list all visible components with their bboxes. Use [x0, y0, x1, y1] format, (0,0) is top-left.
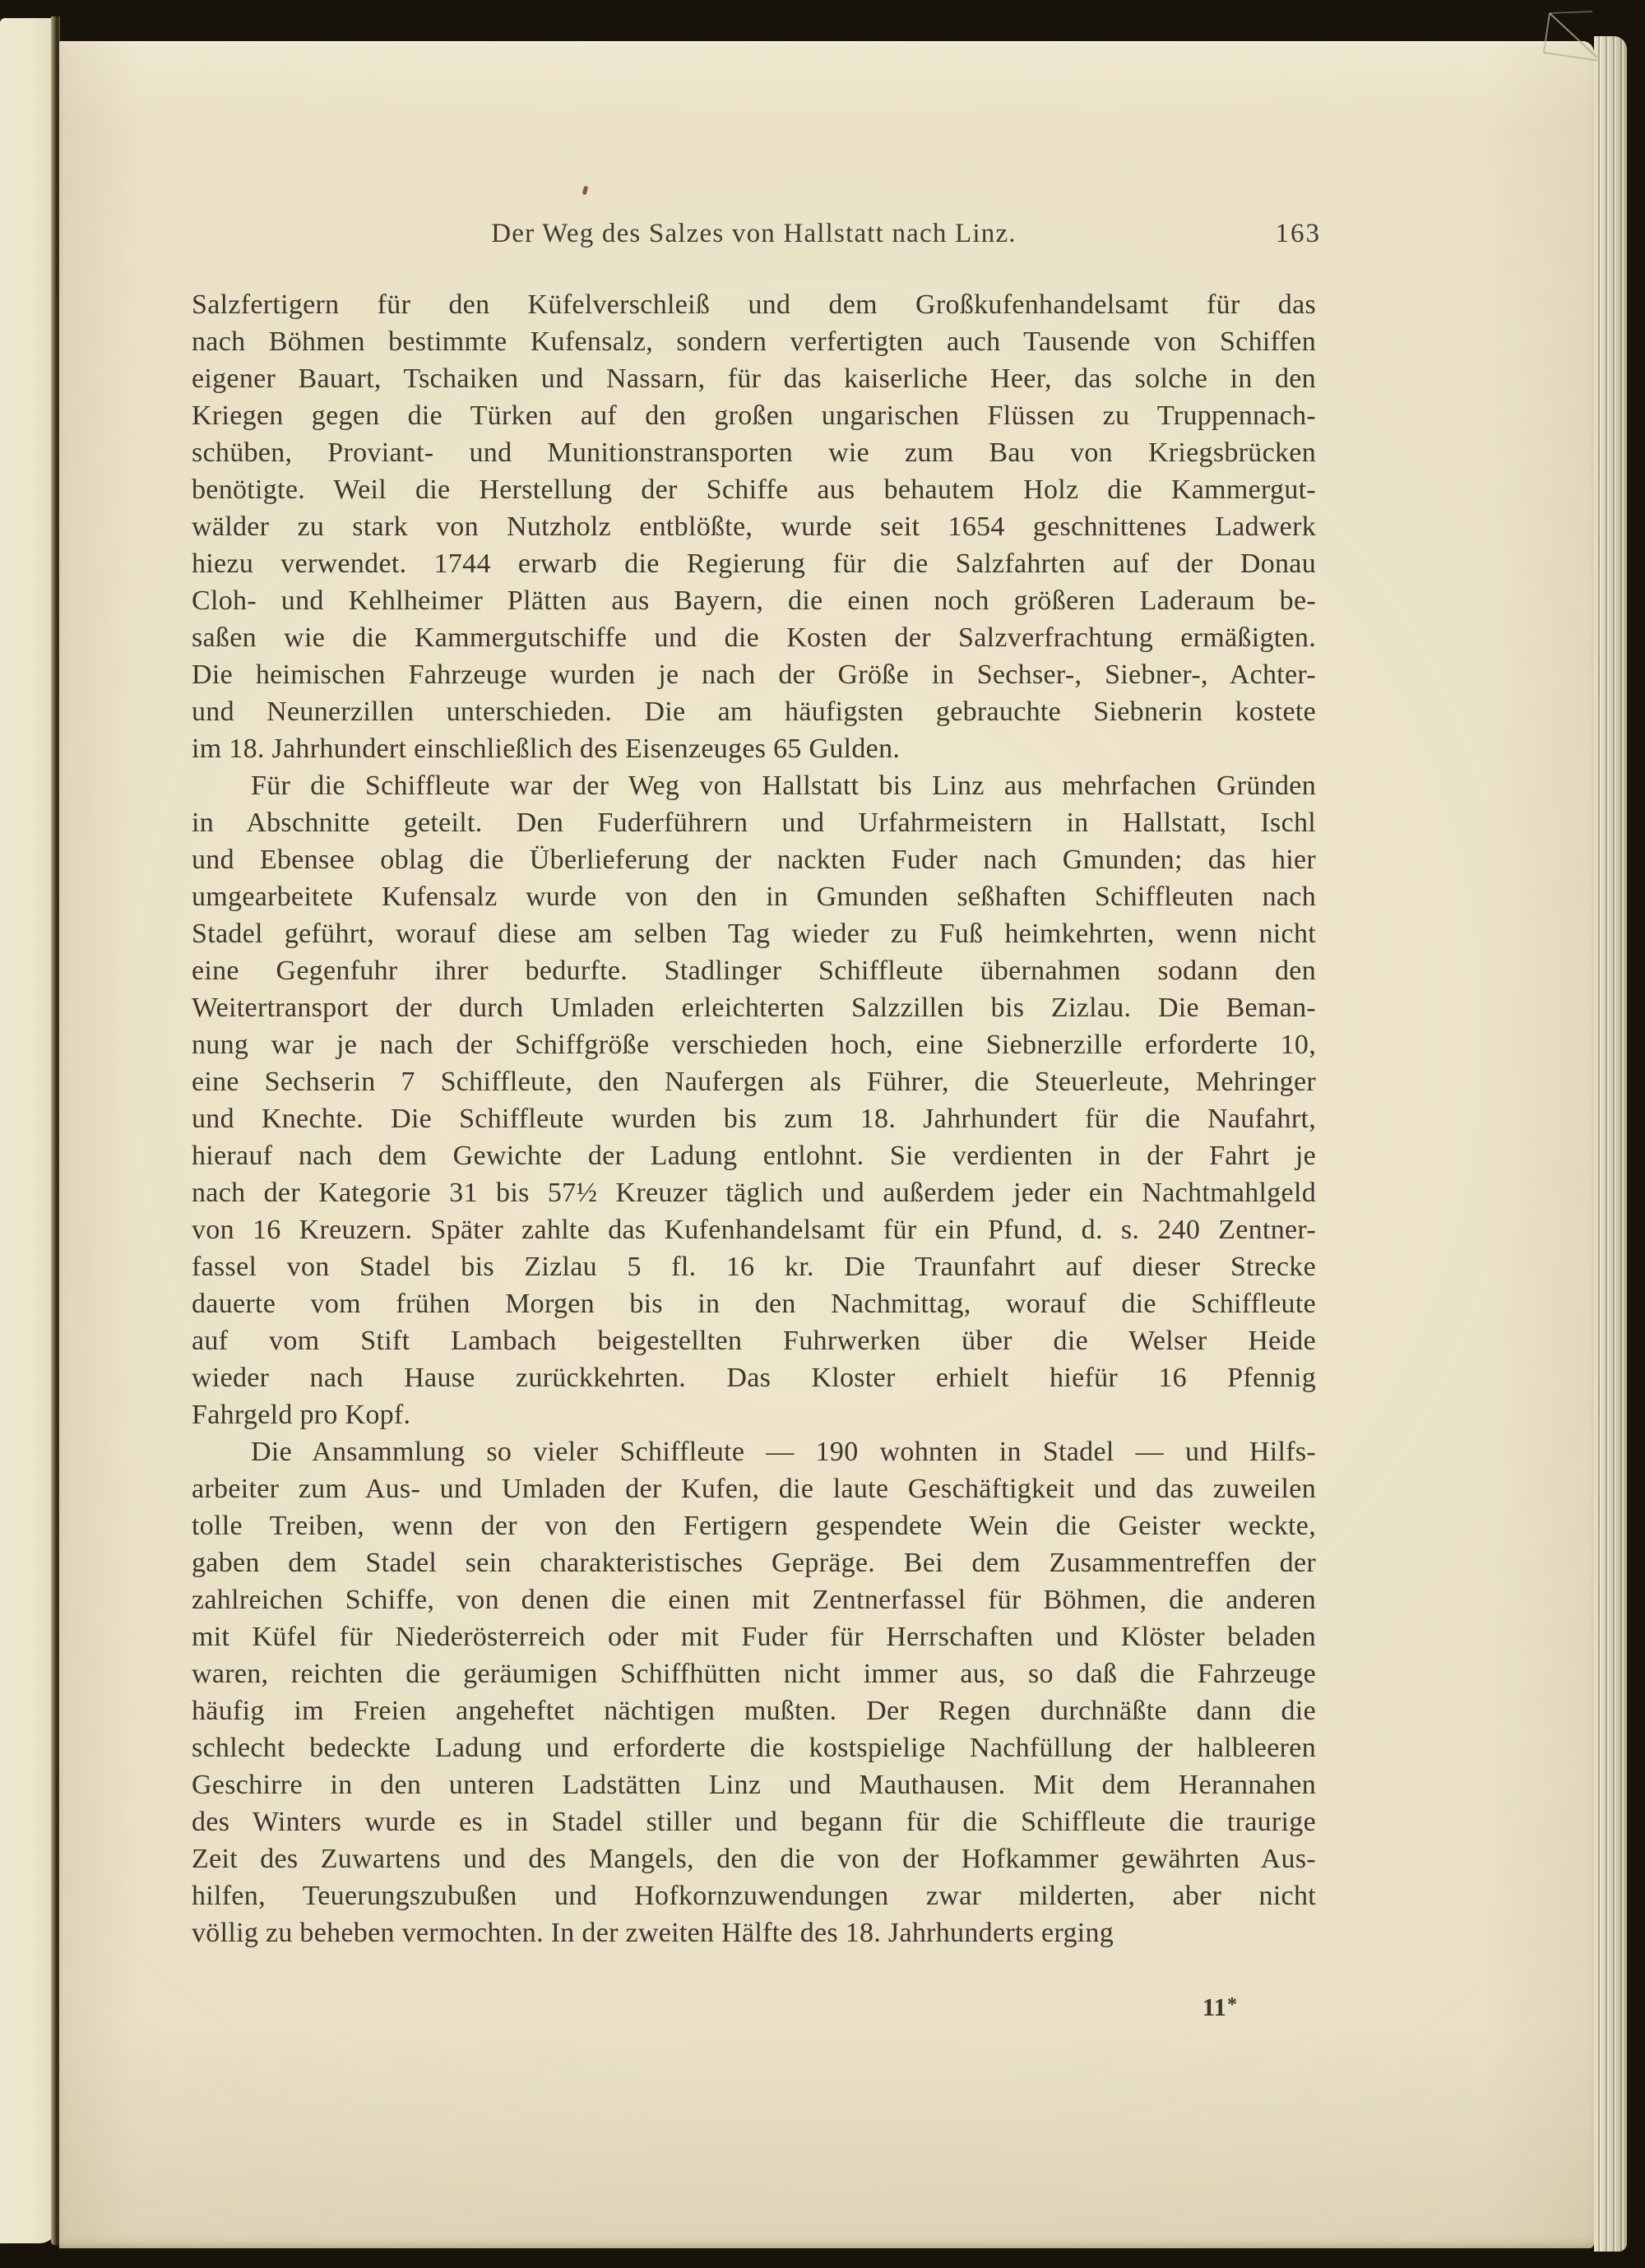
- running-title: Der Weg des Salzes von Hallstatt nach Li…: [192, 215, 1316, 252]
- book-scan: Der Weg des Salzes von Hallstatt nach Li…: [0, 0, 1645, 2268]
- text-line: nung war je nach der Schiffgröße verschi…: [192, 1026, 1316, 1063]
- text-line: Die Ansammlung so vieler Schiffleute — 1…: [192, 1433, 1316, 1470]
- text-line: saßen wie die Kammergutschiffe und die K…: [192, 619, 1316, 656]
- text-line: völlig zu beheben vermochten. In der zwe…: [192, 1914, 1316, 1951]
- left-page-edge: [0, 18, 58, 2243]
- text-line: Die heimischen Fahrzeuge wurden je nach …: [192, 656, 1316, 693]
- text-line: Kriegen gegen die Türken auf den großen …: [192, 397, 1316, 434]
- text-line: und Knechte. Die Schiffleute wurden bis …: [192, 1100, 1316, 1137]
- text-line: mit Küfel für Niederösterreich oder mit …: [192, 1618, 1316, 1655]
- folded-corner-crease: [1531, 3, 1610, 74]
- text-line: schlecht bedeckte Ladung und erforderte …: [192, 1729, 1316, 1766]
- text-line: häufig im Freien angeheftet nächtigen mu…: [192, 1692, 1316, 1729]
- text-line: wälder zu stark von Nutzholz entblößte, …: [192, 508, 1316, 545]
- text-line: Für die Schiffleute war der Weg von Hall…: [192, 767, 1316, 804]
- text-line: Weitertransport der durch Umladen erleic…: [192, 989, 1316, 1026]
- text-line: benötigte. Weil die Herstellung der Schi…: [192, 471, 1316, 508]
- text-line: wieder nach Hause zurückkehrten. Das Klo…: [192, 1359, 1316, 1396]
- text-line: gaben dem Stadel sein charakteristisches…: [192, 1544, 1316, 1581]
- text-line: im 18. Jahrhundert einschließlich des Ei…: [192, 730, 1316, 767]
- text-line: Stadel geführt, worauf diese am selben T…: [192, 915, 1316, 952]
- text-line: fassel von Stadel bis Zizlau 5 fl. 16 kr…: [192, 1248, 1316, 1285]
- text-line: auf vom Stift Lambach beigestellten Fuhr…: [192, 1322, 1316, 1359]
- text-line: Geschirre in den unteren Ladstätten Linz…: [192, 1766, 1316, 1803]
- text-line: waren, reichten die geräumigen Schiffhüt…: [192, 1655, 1316, 1692]
- page-stack-edge: [1594, 36, 1627, 2252]
- text-line: eine Gegenfuhr ihrer bedurfte. Stadlinge…: [192, 952, 1316, 989]
- text-line: in Abschnitte geteilt. Den Fuderführern …: [192, 804, 1316, 841]
- page-number: 163: [1276, 215, 1322, 252]
- text-line: des Winters wurde es in Stadel stiller u…: [192, 1803, 1316, 1840]
- book-page: Der Weg des Salzes von Hallstatt nach Li…: [59, 41, 1594, 2248]
- text-line: umgearbeitete Kufensalz wurde von den in…: [192, 878, 1316, 915]
- text-line: hierauf nach dem Gewichte der Ladung ent…: [192, 1137, 1316, 1174]
- text-line: Fahrgeld pro Kopf.: [192, 1396, 1316, 1433]
- text-line: zahlreichen Schiffe, von denen die einen…: [192, 1581, 1316, 1618]
- text-block: Salzfertigern für den Küfelverschleiß un…: [192, 286, 1316, 1951]
- text-line: und Neunerzillen unterschieden. Die am h…: [192, 693, 1316, 730]
- text-line: von 16 Kreuzern. Später zahlte das Kufen…: [192, 1211, 1316, 1248]
- text-line: arbeiter zum Aus- und Umladen der Kufen,…: [192, 1470, 1316, 1507]
- page-header: Der Weg des Salzes von Hallstatt nach Li…: [192, 215, 1316, 252]
- text-line: nach der Kategorie 31 bis 57½ Kreuzer tä…: [192, 1174, 1316, 1211]
- text-line: hilfen, Teuerungszubußen und Hofkornzuwe…: [192, 1877, 1316, 1914]
- text-line: tolle Treiben, wenn der von den Fertiger…: [192, 1507, 1316, 1544]
- text-line: schüben, Proviant- und Munitionstranspor…: [192, 434, 1316, 471]
- text-line: Salzfertigern für den Küfelverschleiß un…: [192, 286, 1316, 323]
- text-line: eigener Bauart, Tschaiken und Nassarn, f…: [192, 360, 1316, 397]
- text-line: eine Sechserin 7 Schiffleute, den Naufer…: [192, 1063, 1316, 1100]
- signature-mark: 11*: [192, 1988, 1316, 2024]
- text-line: nach Böhmen bestimmte Kufensalz, sondern…: [192, 323, 1316, 360]
- signature-asterisk-icon: *: [1227, 1994, 1237, 2016]
- text-line: dauerte vom frühen Morgen bis in den Nac…: [192, 1285, 1316, 1322]
- text-line: und Ebensee oblag die Überlieferung der …: [192, 841, 1316, 878]
- signature-number: 11: [1202, 1993, 1226, 2021]
- text-line: Cloh- und Kehlheimer Plätten aus Bayern,…: [192, 582, 1316, 619]
- text-line: hiezu verwendet. 1744 erwarb die Regieru…: [192, 545, 1316, 582]
- text-line: Zeit des Zuwartens und des Mangels, den …: [192, 1840, 1316, 1877]
